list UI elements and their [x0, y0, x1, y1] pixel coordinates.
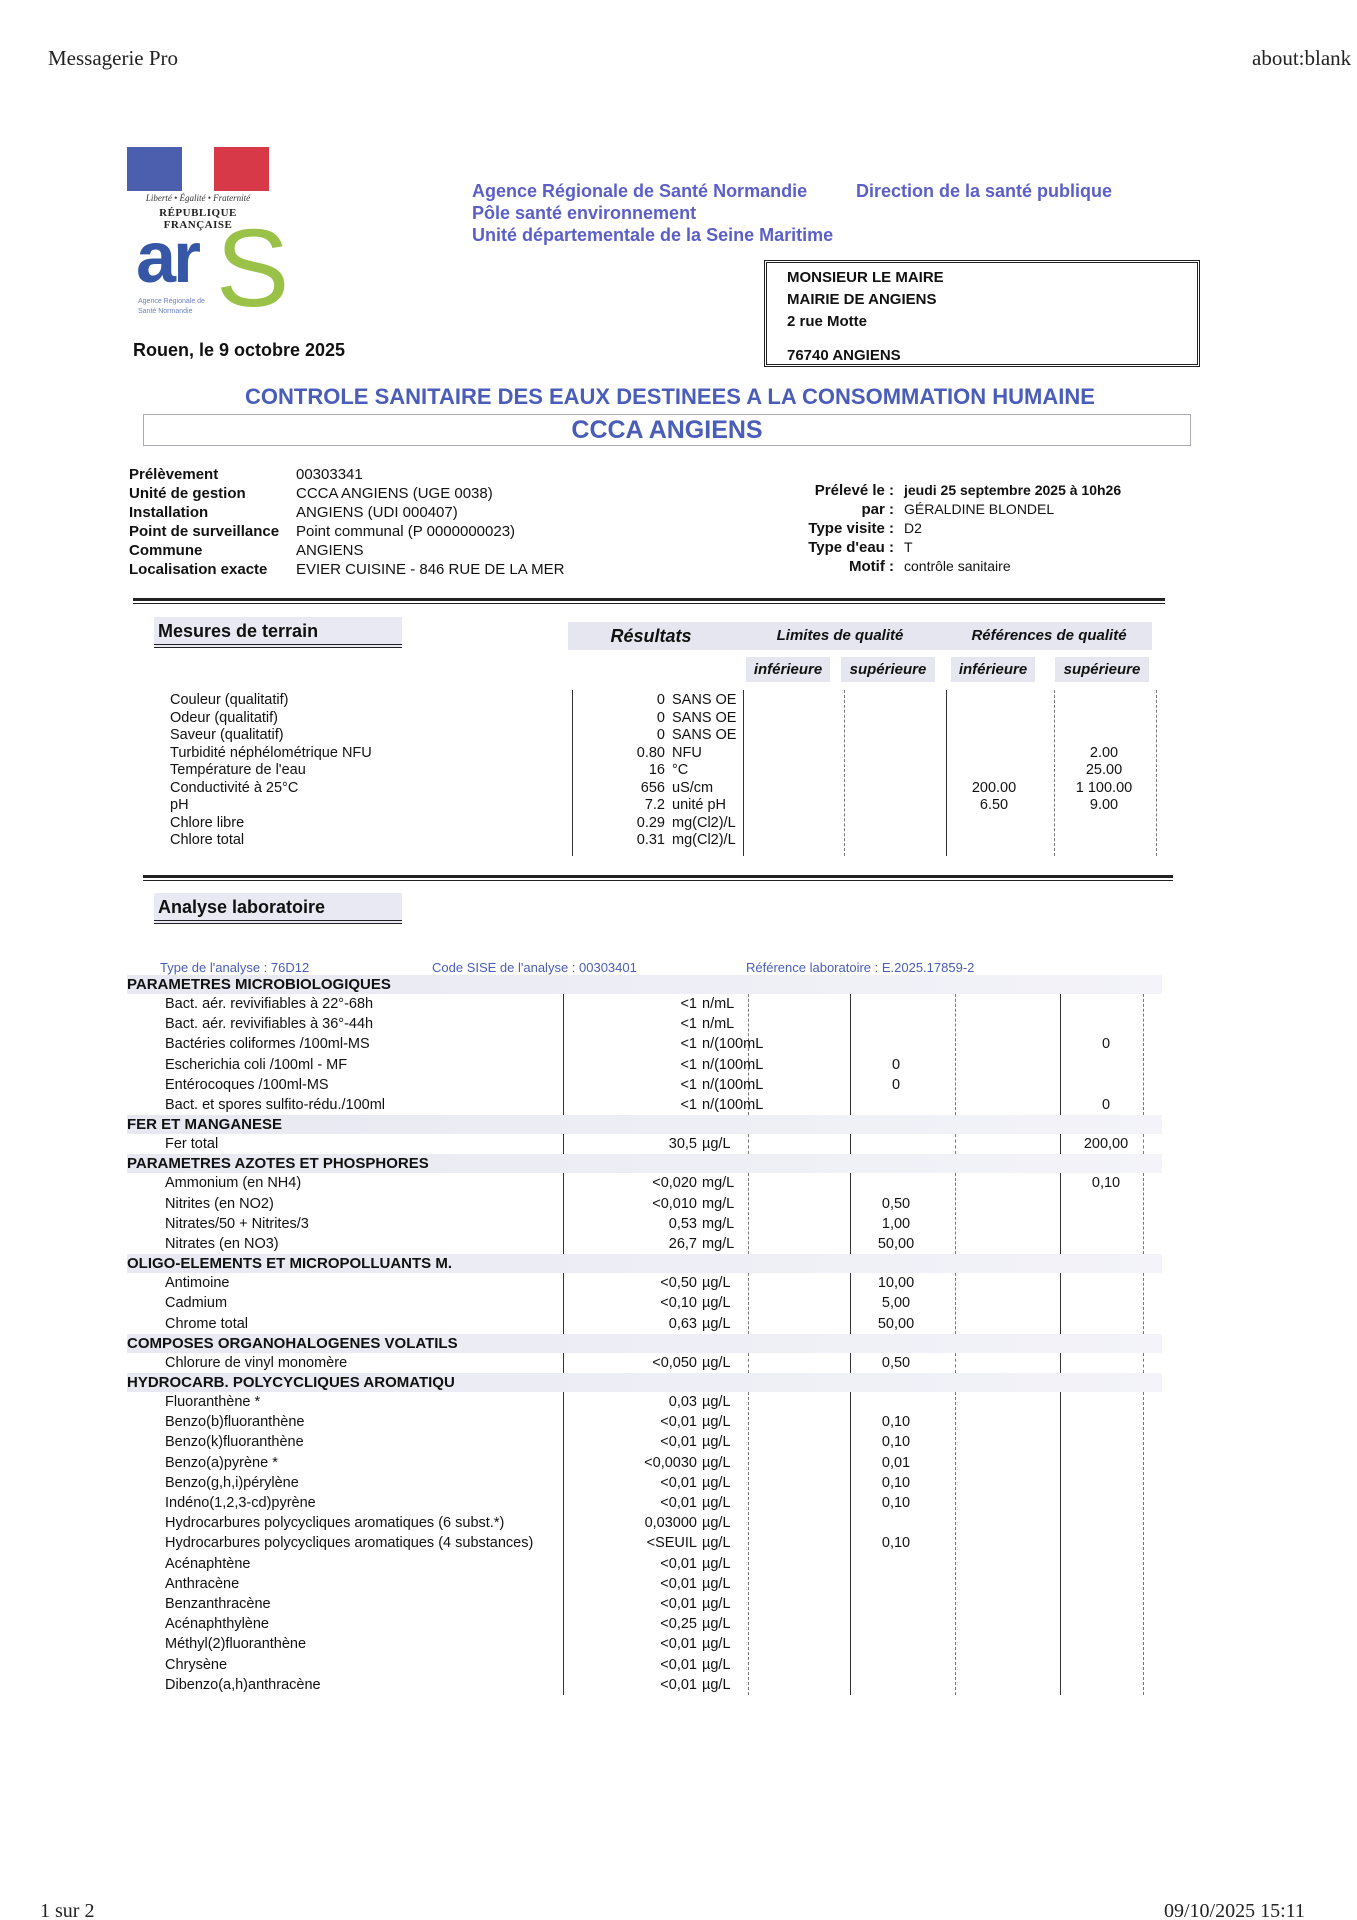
parameter-name: Dibenzo(a,h)anthracène	[165, 1675, 321, 1695]
info-value: EVIER CUISINE - 846 RUE DE LA MER	[296, 560, 564, 579]
table-row: Chlore libre0.29mg(Cl2)/L	[0, 815, 1357, 833]
document-subtitle: CCCA ANGIENS	[143, 414, 1191, 446]
result-unit: µg/L	[702, 1314, 731, 1334]
category-header: COMPOSES ORGANOHALOGENES VOLATILS	[127, 1334, 1162, 1353]
recipient-line: MONSIEUR LE MAIRE	[787, 267, 1177, 289]
result-value: <1	[680, 1014, 697, 1034]
result-value: <SEUIL	[647, 1533, 697, 1553]
result-value: 16	[649, 762, 665, 780]
table-row: Antimoine<0,50µg/L10,00	[0, 1273, 1357, 1293]
info-value: ANGIENS (UDI 000407)	[296, 503, 564, 522]
table-row: Benzanthracène<0,01µg/L	[0, 1594, 1357, 1614]
republic-motto: Liberté • Égalité • Fraternité	[127, 193, 269, 203]
result-unit: mg(Cl2)/L	[672, 832, 736, 850]
col-ref-lower: inférieure	[951, 657, 1035, 682]
result-unit: unité pH	[672, 797, 726, 815]
info-label: Motif :	[780, 557, 894, 576]
info-value: D2	[904, 519, 1121, 538]
result-unit: µg/L	[702, 1493, 731, 1513]
col-limits: Limites de qualité	[734, 622, 946, 650]
info-value: contrôle sanitaire	[904, 557, 1121, 576]
reference-upper: 0	[1061, 1034, 1151, 1054]
result-value: 0.80	[637, 745, 665, 763]
parameter-name: Benzo(g,h,i)pérylène	[165, 1473, 299, 1493]
parameter-name: Température de l'eau	[170, 762, 306, 780]
result-value: 26,7	[669, 1234, 697, 1254]
table-row: Chlore total0.31mg(Cl2)/L	[0, 832, 1357, 850]
analysis-type: Type de l'analyse : 76D12	[160, 960, 309, 975]
result-value: <0,01	[660, 1634, 697, 1654]
result-unit: mg/L	[702, 1234, 734, 1254]
parameter-name: Cadmium	[165, 1293, 227, 1313]
lab-reference: Référence laboratoire : E.2025.17859-2	[746, 960, 974, 975]
marianne-flag-logo	[127, 147, 269, 191]
result-value: <0,25	[660, 1614, 697, 1634]
info-value: 00303341	[296, 465, 564, 484]
table-row: Fer total30,5µg/L200,00	[0, 1134, 1357, 1154]
result-unit: NFU	[672, 745, 702, 763]
result-unit: mg/L	[702, 1173, 734, 1193]
parameter-name: Fer total	[165, 1134, 218, 1154]
result-value: <0,10	[660, 1293, 697, 1313]
table-row: Acénaphthylène<0,25µg/L	[0, 1614, 1357, 1634]
table-row: Méthyl(2)fluoranthène<0,01µg/L	[0, 1634, 1357, 1654]
reference-upper: 25.00	[1054, 762, 1154, 780]
result-unit: n/mL	[702, 1014, 734, 1034]
parameter-name: Nitrates (en NO3)	[165, 1234, 279, 1254]
field-section-title: Mesures de terrain	[154, 617, 402, 648]
result-value: <1	[680, 1095, 697, 1115]
lab-section-title: Analyse laboratoire	[154, 893, 402, 924]
parameter-name: Indéno(1,2,3-cd)pyrène	[165, 1493, 316, 1513]
limit-upper: 0,10	[851, 1473, 941, 1493]
table-row: Nitrites (en NO2)<0,010mg/L0,50	[0, 1194, 1357, 1214]
recipient-line: 2 rue Motte	[787, 311, 1177, 333]
reference-upper: 9.00	[1054, 797, 1154, 815]
table-row: Nitrates/50 + Nitrites/30,53mg/L1,00	[0, 1214, 1357, 1234]
parameter-name: Couleur (qualitatif)	[170, 692, 288, 710]
parameter-name: Bact. aér. revivifiables à 36°-44h	[165, 1014, 373, 1034]
result-value: <0,01	[660, 1655, 697, 1675]
agency-line: Unité départementale de la Seine Maritim…	[472, 224, 833, 246]
result-unit: µg/L	[702, 1293, 731, 1313]
col-results: Résultats	[568, 622, 734, 650]
limit-upper: 0,50	[851, 1194, 941, 1214]
result-unit: n/mL	[702, 994, 734, 1014]
result-value: <1	[680, 1075, 697, 1095]
parameter-name: Acénaphthylène	[165, 1614, 269, 1634]
result-value: 0,03	[669, 1392, 697, 1412]
parameter-name: Bactéries coliformes /100ml-MS	[165, 1034, 370, 1054]
result-value: <0,01	[660, 1493, 697, 1513]
result-unit: µg/L	[702, 1634, 731, 1654]
parameter-name: Benzo(a)pyrène *	[165, 1453, 278, 1473]
table-row: Chlorure de vinyl monomère<0,050µg/L0,50	[0, 1353, 1357, 1373]
parameter-name: Benzo(b)fluoranthène	[165, 1412, 304, 1432]
parameter-name: Hydrocarbures polycycliques aromatiques …	[165, 1513, 504, 1533]
info-label: Type visite :	[780, 519, 894, 538]
result-value: 0.31	[637, 832, 665, 850]
info-label: Prélevé le :	[780, 481, 894, 500]
result-value: <0,01	[660, 1412, 697, 1432]
result-unit: n/(100mL	[702, 1075, 763, 1095]
sampling-info-labels: Prélevé le :par :Type visite :Type d'eau…	[780, 481, 894, 576]
table-row: Température de l'eau16°C25.00	[0, 762, 1357, 780]
parameter-name: Nitrites (en NO2)	[165, 1194, 274, 1214]
info-label: Unité de gestion	[129, 484, 279, 503]
result-unit: SANS OE	[672, 692, 736, 710]
table-row: Bactéries coliformes /100ml-MS<1n/(100mL…	[0, 1034, 1357, 1054]
limit-upper: 0,10	[851, 1432, 941, 1452]
table-row: Entérocoques /100ml-MS<1n/(100mL0	[0, 1075, 1357, 1095]
table-row: Bact. aér. revivifiables à 36°-44h<1n/mL	[0, 1014, 1357, 1034]
limit-upper: 50,00	[851, 1234, 941, 1254]
table-row: Benzo(b)fluoranthène<0,01µg/L0,10	[0, 1412, 1357, 1432]
table-row: Chrysène<0,01µg/L	[0, 1655, 1357, 1675]
table-row: Benzo(k)fluoranthène<0,01µg/L0,10	[0, 1432, 1357, 1452]
result-unit: µg/L	[702, 1453, 731, 1473]
result-value: 656	[641, 780, 665, 798]
parameter-name: Benzo(k)fluoranthène	[165, 1432, 304, 1452]
result-value: <0,01	[660, 1675, 697, 1695]
reference-upper: 0,10	[1061, 1173, 1151, 1193]
table-row: Cadmium<0,10µg/L5,00	[0, 1293, 1357, 1313]
sise-code: Code SISE de l'analyse : 00303401	[432, 960, 637, 975]
sampling-info-values: jeudi 25 septembre 2025 à 10h26GÉRALDINE…	[904, 481, 1121, 576]
category-header: PARAMETRES AZOTES ET PHOSPHORES	[127, 1154, 1162, 1173]
result-unit: n/(100mL	[702, 1055, 763, 1075]
table-row: Odeur (qualitatif)0SANS OE	[0, 710, 1357, 728]
result-value: <1	[680, 994, 697, 1014]
table-row: Fluoranthène *0,03µg/L	[0, 1392, 1357, 1412]
table-row: Hydrocarbures polycycliques aromatiques …	[0, 1533, 1357, 1553]
limit-upper: 1,00	[851, 1214, 941, 1234]
parameter-name: Ammonium (en NH4)	[165, 1173, 301, 1193]
result-value: 0	[657, 692, 665, 710]
sample-info-values: 00303341CCCA ANGIENS (UGE 0038)ANGIENS (…	[296, 465, 564, 579]
table-row: Couleur (qualitatif)0SANS OE	[0, 692, 1357, 710]
reference-lower: 6.50	[944, 797, 1044, 815]
reference-upper: 0	[1061, 1095, 1151, 1115]
info-label: Type d'eau :	[780, 538, 894, 557]
result-unit: mg/L	[702, 1194, 734, 1214]
reference-upper: 2.00	[1054, 745, 1154, 763]
table-row: Escherichia coli /100ml - MF<1n/(100mL0	[0, 1055, 1357, 1075]
result-unit: µg/L	[702, 1655, 731, 1675]
ars-logo-text: ar	[136, 217, 198, 299]
table-row: Nitrates (en NO3)26,7mg/L50,00	[0, 1234, 1357, 1254]
result-unit: µg/L	[702, 1134, 731, 1154]
limit-upper: 0,10	[851, 1412, 941, 1432]
result-unit: SANS OE	[672, 727, 736, 745]
parameter-name: Conductivité à 25°C	[170, 780, 298, 798]
parameter-name: Nitrates/50 + Nitrites/3	[165, 1214, 309, 1234]
category-header: FER ET MANGANESE	[127, 1115, 1162, 1134]
result-unit: µg/L	[702, 1353, 731, 1373]
print-footer-page: 1 sur 2	[40, 1900, 94, 1920]
parameter-name: Acénaphtène	[165, 1554, 250, 1574]
result-value: 30,5	[669, 1134, 697, 1154]
col-ref-upper: supérieure	[1055, 657, 1149, 682]
table-row: Bact. et spores sulfito-rédu./100ml<1n/(…	[0, 1095, 1357, 1115]
result-unit: µg/L	[702, 1432, 731, 1452]
parameter-name: Benzanthracène	[165, 1594, 271, 1614]
result-value: <0,01	[660, 1594, 697, 1614]
parameter-name: Escherichia coli /100ml - MF	[165, 1055, 347, 1075]
col-references: Références de qualité	[946, 622, 1152, 650]
result-value: 0,03000	[645, 1513, 697, 1533]
parameter-name: Chrysène	[165, 1655, 227, 1675]
result-value: 0	[657, 727, 665, 745]
info-label: Localisation exacte	[129, 560, 279, 579]
table-row: Benzo(g,h,i)pérylène<0,01µg/L0,10	[0, 1473, 1357, 1493]
ars-logo-subtitle: Agence Régionale de Santé Normandie	[138, 297, 218, 317]
result-unit: µg/L	[702, 1513, 731, 1533]
info-label: Commune	[129, 541, 279, 560]
table-row: Hydrocarbures polycycliques aromatiques …	[0, 1513, 1357, 1533]
table-row: Chrome total0,63µg/L50,00	[0, 1314, 1357, 1334]
category-header: HYDROCARB. POLYCYCLIQUES AROMATIQU	[127, 1373, 1162, 1392]
result-value: <0,50	[660, 1273, 697, 1293]
print-header-title: Messagerie Pro	[48, 46, 178, 71]
result-value: 0.29	[637, 815, 665, 833]
info-label: par :	[780, 500, 894, 519]
recipient-address-box: MONSIEUR LE MAIRE MAIRIE DE ANGIENS 2 ru…	[764, 260, 1200, 367]
reference-lower: 200.00	[944, 780, 1044, 798]
result-unit: µg/L	[702, 1273, 731, 1293]
parameter-name: Bact. et spores sulfito-rédu./100ml	[165, 1095, 385, 1115]
reference-upper: 200,00	[1061, 1134, 1151, 1154]
parameter-name: Fluoranthène *	[165, 1392, 260, 1412]
limit-upper: 10,00	[851, 1273, 941, 1293]
result-unit: mg(Cl2)/L	[672, 815, 736, 833]
parameter-name: Hydrocarbures polycycliques aromatiques …	[165, 1533, 533, 1553]
parameter-name: Entérocoques /100ml-MS	[165, 1075, 329, 1095]
table-row: pH7.2unité pH6.509.00	[0, 797, 1357, 815]
letter-date: Rouen, le 9 octobre 2025	[133, 340, 345, 361]
result-value: 7.2	[645, 797, 665, 815]
result-value: 0	[657, 710, 665, 728]
result-unit: n/(100mL	[702, 1095, 763, 1115]
limit-upper: 5,00	[851, 1293, 941, 1313]
direction-label: Direction de la santé publique	[856, 180, 1112, 202]
parameter-name: Chlore total	[170, 832, 244, 850]
info-value: Point communal (P 0000000023)	[296, 522, 564, 541]
table-row: Turbidité néphélométrique NFU0.80NFU2.00	[0, 745, 1357, 763]
table-row: Anthracène<0,01µg/L	[0, 1574, 1357, 1594]
result-value: <1	[680, 1034, 697, 1054]
result-value: <0,0030	[644, 1453, 697, 1473]
agency-line: Agence Régionale de Santé Normandie	[472, 180, 833, 202]
table-row: Ammonium (en NH4)<0,020mg/L0,10	[0, 1173, 1357, 1193]
parameter-name: Odeur (qualitatif)	[170, 710, 278, 728]
ars-logo-s: S	[216, 205, 289, 332]
result-unit: n/(100mL	[702, 1034, 763, 1054]
ars-logo: ar S Agence Régionale de Santé Normandie	[136, 235, 286, 330]
limit-upper: 50,00	[851, 1314, 941, 1334]
info-value: GÉRALDINE BLONDEL	[904, 500, 1121, 519]
section-divider	[143, 875, 1173, 881]
parameter-name: Chlore libre	[170, 815, 244, 833]
table-row: Bact. aér. revivifiables à 22°-68h<1n/mL	[0, 994, 1357, 1014]
result-value: 0,53	[669, 1214, 697, 1234]
table-row: Benzo(a)pyrène *<0,0030µg/L0,01	[0, 1453, 1357, 1473]
limit-upper: 0,10	[851, 1533, 941, 1553]
parameter-name: Méthyl(2)fluoranthène	[165, 1634, 306, 1654]
result-unit: µg/L	[702, 1473, 731, 1493]
result-value: <0,01	[660, 1554, 697, 1574]
result-value: <0,010	[652, 1194, 697, 1214]
result-unit: µg/L	[702, 1533, 731, 1553]
info-label: Installation	[129, 503, 279, 522]
info-value: CCCA ANGIENS (UGE 0038)	[296, 484, 564, 503]
parameter-name: pH	[170, 797, 189, 815]
result-unit: µg/L	[702, 1412, 731, 1432]
table-row: Dibenzo(a,h)anthracène<0,01µg/L	[0, 1675, 1357, 1695]
recipient-line: MAIRIE DE ANGIENS	[787, 289, 1177, 311]
limit-upper: 0	[851, 1075, 941, 1095]
parameter-name: Antimoine	[165, 1273, 229, 1293]
parameter-name: Anthracène	[165, 1574, 239, 1594]
result-value: 0,63	[669, 1314, 697, 1334]
section-divider	[133, 598, 1165, 604]
result-value: <0,01	[660, 1432, 697, 1452]
print-header-url: about:blank	[1252, 46, 1357, 71]
table-row: Conductivité à 25°C656uS/cm200.001 100.0…	[0, 780, 1357, 798]
limit-upper: 0,50	[851, 1353, 941, 1373]
sample-info-labels: PrélèvementUnité de gestionInstallationP…	[129, 465, 279, 579]
table-row: Indéno(1,2,3-cd)pyrène<0,01µg/L0,10	[0, 1493, 1357, 1513]
result-unit: uS/cm	[672, 780, 713, 798]
table-row: Saveur (qualitatif)0SANS OE	[0, 727, 1357, 745]
category-header: OLIGO-ELEMENTS ET MICROPOLLUANTS M.	[127, 1254, 1162, 1273]
parameter-name: Saveur (qualitatif)	[170, 727, 284, 745]
result-unit: µg/L	[702, 1675, 731, 1695]
result-unit: µg/L	[702, 1392, 731, 1412]
parameter-name: Turbidité néphélométrique NFU	[170, 745, 372, 763]
result-unit: µg/L	[702, 1594, 731, 1614]
category-header: PARAMETRES MICROBIOLOGIQUES	[127, 975, 1162, 994]
result-unit: °C	[672, 762, 688, 780]
info-label: Point de surveillance	[129, 522, 279, 541]
parameter-name: Chlorure de vinyl monomère	[165, 1353, 347, 1373]
col-limit-upper: supérieure	[841, 657, 935, 682]
recipient-postcode-city: 76740 ANGIENS	[787, 345, 1177, 367]
result-value: <0,01	[660, 1473, 697, 1493]
result-unit: µg/L	[702, 1554, 731, 1574]
result-value: <1	[680, 1055, 697, 1075]
info-value: jeudi 25 septembre 2025 à 10h26	[904, 481, 1121, 500]
result-unit: SANS OE	[672, 710, 736, 728]
result-value: <0,020	[652, 1173, 697, 1193]
info-value: ANGIENS	[296, 541, 564, 560]
reference-upper: 1 100.00	[1054, 780, 1154, 798]
result-value: <0,050	[652, 1353, 697, 1373]
agency-line: Pôle santé environnement	[472, 202, 833, 224]
col-limit-lower: inférieure	[746, 657, 830, 682]
result-unit: µg/L	[702, 1574, 731, 1594]
print-footer-datetime: 09/10/2025 15:11	[1164, 1900, 1305, 1920]
info-label: Prélèvement	[129, 465, 279, 484]
limit-upper: 0	[851, 1055, 941, 1075]
parameter-name: Bact. aér. revivifiables à 22°-68h	[165, 994, 373, 1014]
limit-upper: 0,10	[851, 1493, 941, 1513]
agency-block: Agence Régionale de Santé Normandie Pôle…	[472, 180, 833, 246]
limit-upper: 0,01	[851, 1453, 941, 1473]
table-row: Acénaphtène<0,01µg/L	[0, 1554, 1357, 1574]
document-title: CONTROLE SANITAIRE DES EAUX DESTINEES A …	[120, 384, 1220, 410]
result-unit: µg/L	[702, 1614, 731, 1634]
parameter-name: Chrome total	[165, 1314, 248, 1334]
result-unit: mg/L	[702, 1214, 734, 1234]
info-value: T	[904, 538, 1121, 557]
result-value: <0,01	[660, 1574, 697, 1594]
